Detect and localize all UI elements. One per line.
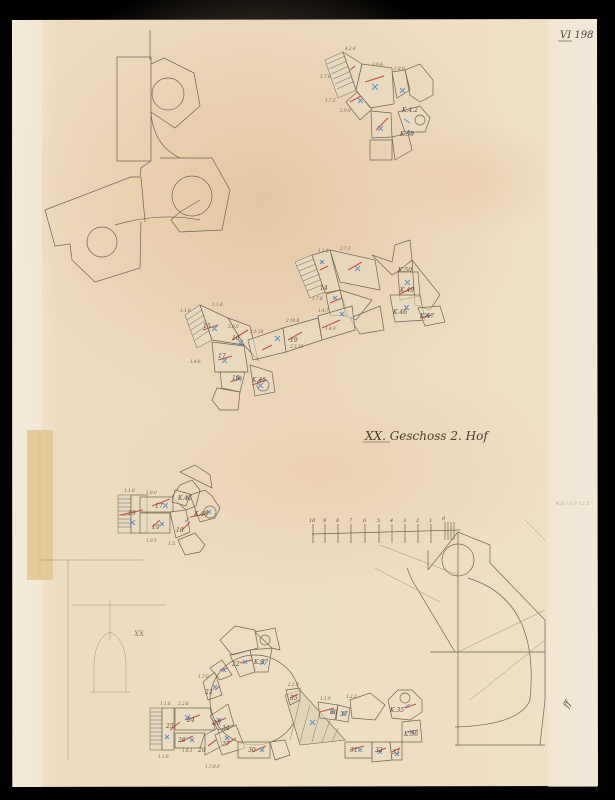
svg-text:28: 28 bbox=[212, 720, 221, 727]
svg-text:34: 34 bbox=[222, 725, 230, 732]
svg-text:1.9.0: 1.9.0 bbox=[146, 490, 157, 495]
svg-text:19: 19 bbox=[128, 510, 136, 517]
svg-text:3.9.6: 3.9.6 bbox=[372, 62, 383, 67]
svg-text:1: 1 bbox=[429, 518, 432, 524]
svg-text:K.48: K.48 bbox=[193, 511, 208, 518]
sheet-caption: XX. Geschoss 2. Hof bbox=[363, 429, 490, 443]
svg-text:8: 8 bbox=[336, 518, 339, 524]
svg-text:1.4.0: 1.4.0 bbox=[325, 326, 336, 331]
svg-text:K.46: K.46 bbox=[177, 495, 192, 502]
svg-text:3: 3 bbox=[403, 518, 406, 524]
scanned-drawing-sheet: VI 198 4.2.6 bbox=[0, 0, 615, 800]
svg-text:26: 26 bbox=[177, 737, 186, 744]
svg-text:1.6.1: 1.6.1 bbox=[182, 748, 193, 753]
svg-text:22: 22 bbox=[231, 661, 240, 668]
svg-text:17: 17 bbox=[155, 503, 163, 510]
svg-text:K.36: K.36 bbox=[403, 731, 418, 738]
paper bbox=[0, 0, 598, 787]
svg-text:17: 17 bbox=[218, 353, 226, 360]
svg-text:K.4.2: K.4.2 bbox=[401, 107, 418, 114]
svg-text:3.7.1: 3.7.1 bbox=[340, 246, 351, 251]
svg-text:K.46: K.46 bbox=[392, 309, 407, 316]
svg-text:1.1.6: 1.1.6 bbox=[212, 302, 223, 307]
svg-text:1.4.7: 1.4.7 bbox=[318, 308, 329, 313]
svg-text:2.10.8: 2.10.8 bbox=[285, 318, 300, 323]
svg-text:K.35: K.35 bbox=[389, 707, 404, 714]
svg-text:1.4.6: 1.4.6 bbox=[190, 359, 201, 364]
svg-text:35: 35 bbox=[290, 695, 298, 702]
svg-text:2.8.9: 2.8.9 bbox=[393, 66, 405, 71]
tape-strip bbox=[27, 430, 53, 580]
svg-text:1.1.9: 1.1.9 bbox=[320, 696, 331, 701]
svg-text:2.2.6: 2.2.6 bbox=[177, 701, 189, 706]
svg-text:27: 27 bbox=[221, 741, 230, 748]
svg-text:4.8 / 3.7 / 2.5: 4.8 / 3.7 / 2.5 bbox=[555, 501, 590, 507]
svg-text:5: 5 bbox=[377, 518, 380, 524]
svg-text:32: 32 bbox=[375, 747, 383, 754]
svg-text:16: 16 bbox=[232, 335, 240, 342]
svg-text:19: 19 bbox=[290, 337, 298, 344]
svg-text:1.7.8: 1.7.8 bbox=[312, 296, 323, 301]
svg-text:14: 14 bbox=[320, 285, 328, 292]
svg-text:2.2.9: 2.2.9 bbox=[287, 682, 299, 687]
svg-text:1.1.6: 1.1.6 bbox=[318, 248, 329, 253]
svg-text:33: 33 bbox=[392, 749, 400, 756]
svg-text:3.8.0: 3.8.0 bbox=[228, 324, 239, 329]
svg-text:19: 19 bbox=[152, 524, 160, 531]
svg-text:18: 18 bbox=[176, 527, 184, 534]
svg-text:K.37: K.37 bbox=[253, 659, 268, 666]
svg-text:K.50: K.50 bbox=[397, 267, 412, 274]
inventory-number-text: VI 198 bbox=[560, 30, 593, 41]
svg-text:4.2.6: 4.2.6 bbox=[344, 46, 356, 51]
svg-text:10: 10 bbox=[309, 518, 316, 524]
svg-text:1.1.6: 1.1.6 bbox=[158, 754, 169, 759]
svg-text:4: 4 bbox=[389, 518, 393, 524]
svg-text:K.47: K.47 bbox=[419, 313, 434, 320]
svg-text:1.7.0.9: 1.7.0.9 bbox=[205, 764, 220, 769]
svg-text:K.50: K.50 bbox=[399, 131, 414, 138]
svg-text:1.7.6: 1.7.6 bbox=[320, 74, 331, 79]
svg-text:29: 29 bbox=[197, 747, 206, 754]
svg-text:37: 37 bbox=[340, 711, 348, 718]
svg-text:2: 2 bbox=[415, 518, 419, 524]
svg-text:1.2.2: 1.2.2 bbox=[346, 694, 357, 699]
svg-text:1.7.0: 1.7.0 bbox=[198, 674, 209, 679]
svg-text:23: 23 bbox=[204, 689, 213, 696]
svg-text:2.5.10: 2.5.10 bbox=[249, 329, 264, 334]
svg-text:36: 36 bbox=[330, 709, 338, 716]
svg-text:1.3.: 1.3. bbox=[168, 541, 176, 546]
svg-text:25: 25 bbox=[165, 723, 174, 730]
svg-text:XX: XX bbox=[133, 630, 145, 638]
svg-text:2.5.10: 2.5.10 bbox=[289, 344, 304, 349]
svg-text:30: 30 bbox=[248, 747, 256, 754]
svg-text:K.45: K.45 bbox=[251, 377, 266, 384]
caption-text: XX. Geschoss 2. Hof bbox=[364, 429, 490, 443]
svg-text:31: 31 bbox=[350, 747, 358, 754]
svg-text:18: 18 bbox=[232, 375, 240, 382]
svg-text:24: 24 bbox=[186, 717, 195, 724]
svg-text:15: 15 bbox=[203, 323, 211, 330]
svg-text:1.9.5: 1.9.5 bbox=[146, 538, 157, 543]
inventory-number: VI 198 bbox=[558, 30, 593, 41]
svg-text:K.49: K.49 bbox=[399, 287, 414, 294]
svg-text:1.1.6: 1.1.6 bbox=[180, 308, 191, 313]
svg-text:2.9.9: 2.9.9 bbox=[339, 108, 351, 113]
svg-text:1.1.6: 1.1.6 bbox=[124, 488, 135, 493]
svg-text:1.7.5: 1.7.5 bbox=[325, 98, 336, 103]
svg-text:1.1.6: 1.1.6 bbox=[160, 701, 171, 706]
